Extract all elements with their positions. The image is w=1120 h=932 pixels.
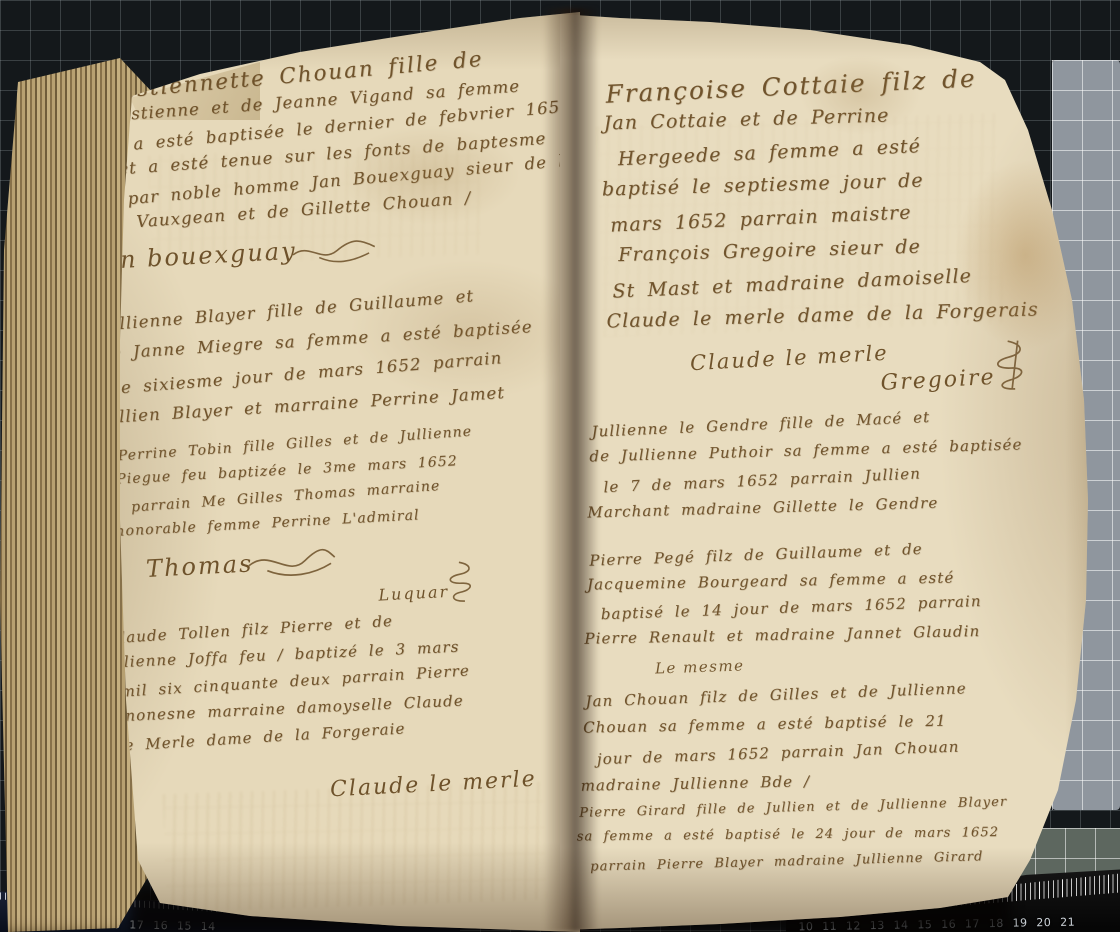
baptism-entry: Jullienne le Gendre fille de Macé etde J…: [588, 401, 1025, 528]
signature-paraphe-icon: [441, 559, 477, 605]
signature-text: Claude le merle: [690, 341, 890, 375]
page-number: 49: [111, 31, 129, 48]
baptism-entry: Claude Tollen filz Pierre et deJulienne …: [104, 605, 470, 759]
signature: Thomas: [145, 545, 338, 585]
signature-paraphe-icon: [988, 338, 1031, 392]
signature-text: Claude le merle: [329, 767, 537, 803]
signature-text: Gregoire: [880, 365, 996, 396]
baptism-entry: Pierre Girard fille de Jullien et de Jul…: [576, 791, 1005, 879]
baptism-entry: Perrine Tobin fille Gilles et de Jullien…: [114, 420, 475, 545]
interline-note: Le mesme: [655, 656, 745, 677]
baptism-entry: Pierre Pegé filz de Guillaume et deJacqu…: [586, 536, 981, 654]
signature: Gregoire: [879, 338, 1031, 398]
signature-flourish-icon: [247, 545, 338, 580]
baptism-entry: Estiennette Chouan fille deEstienne et d…: [115, 41, 576, 238]
manuscript-photo: 222120191817161514 101112131415161718192…: [0, 0, 1120, 932]
baptism-entry: Jan Chouan filz de Gilles et de Jullienn…: [582, 676, 966, 802]
signature: Luquar: [377, 559, 478, 608]
signature-text: Luquar: [378, 582, 450, 605]
right-page: ·920 Françoise Cottaie filz deJan Cottai…: [560, 0, 1120, 932]
register-book: 49 Estiennette Chouan fille deEstienne e…: [0, 0, 1120, 932]
baptism-entry: Françoise Cottaie filz deJan Cottaie et …: [602, 61, 1039, 340]
signature: Jan bouexguay: [91, 233, 377, 278]
signature: Claude le merle: [329, 767, 537, 803]
signature: Claude le merle: [690, 341, 890, 375]
page-number: ·920: [849, 18, 900, 42]
baptism-entry: Jullienne Blayer fille de Guillaume etde…: [96, 278, 538, 436]
signature-flourish-icon: [290, 237, 377, 267]
signature-text: Thomas: [145, 549, 254, 583]
